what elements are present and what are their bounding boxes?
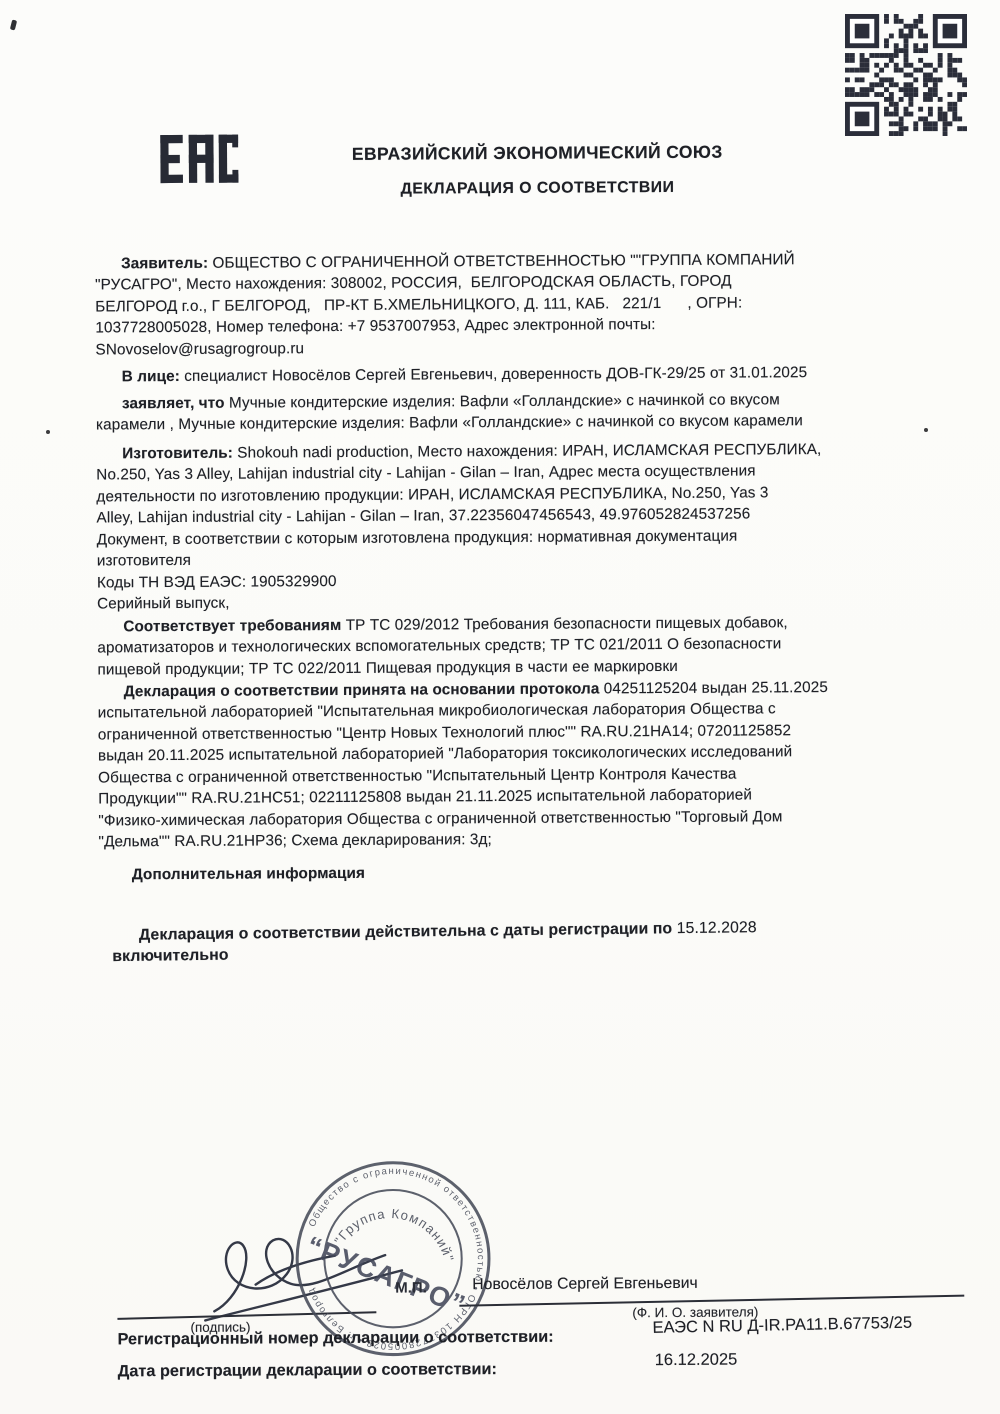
validity-lead: Декларация о соответствии действительна … (139, 920, 677, 944)
document-title: ДЕКЛАРАЦИЯ О СООТВЕТСТВИИ (107, 177, 967, 200)
stamp-place-label: М.П. (395, 1279, 427, 1296)
validity-date: 15.12.2028 (677, 919, 757, 937)
declaration-document: ЕВРАЗИЙСКИЙ ЭКОНОМИЧЕСКИЙ СОЮЗ ДЕКЛАРАЦИ… (0, 0, 1000, 1414)
declares-label: заявляет, что (122, 394, 225, 412)
manufacturer-text: Shokouh nadi production, Место нахождени… (96, 441, 821, 613)
validity-paragraph: Декларация о соответствии действительна … (112, 892, 995, 989)
registration-date-value: 16.12.2025 (655, 1351, 738, 1371)
registration-number-label: Регистрационный номер декларации о соотв… (117, 1328, 553, 1350)
manufacturer-label: Изготовитель: (122, 444, 233, 462)
union-title: ЕВРАЗИЙСКИЙ ЭКОНОМИЧЕСКИЙ СОЮЗ (107, 140, 967, 166)
basis-label: Декларация о соответствии принята на осн… (124, 680, 600, 700)
registration-date-label: Дата регистрации декларации о соответств… (118, 1360, 497, 1381)
registration-number-value: ЕАЭС N RU Д-IR.PA11.B.67753/25 (652, 1314, 912, 1338)
applicant-label: Заявитель: (121, 254, 208, 272)
compliance-label: Соответствует требованиям (123, 616, 341, 634)
basis-text: 04251125204 выдан 25.11.2025 испытательн… (98, 678, 828, 850)
applicant-fio: Новосёлов Сергей Евгеньевич (472, 1275, 698, 1294)
